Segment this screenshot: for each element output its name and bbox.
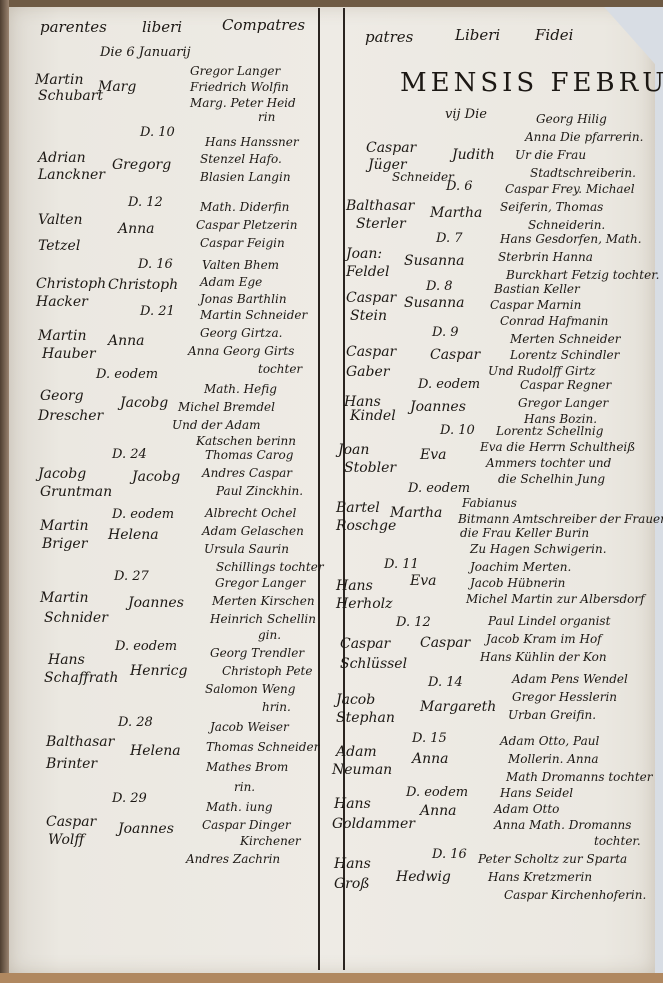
binding-top-edge <box>0 0 663 7</box>
header-parents-right: patres <box>365 30 413 45</box>
month-heading-right: MENSIS FEBRUA <box>400 70 663 96</box>
month-heading-left: Die 6 Januarij <box>100 46 191 59</box>
header-children-right: Liberi <box>455 28 500 43</box>
manuscript-page <box>8 6 655 974</box>
binding-bottom-edge <box>0 973 663 983</box>
header-parents-left: parentes <box>40 20 107 35</box>
header-children-left: liberi <box>142 20 182 35</box>
first-day-right: vij Die <box>445 108 487 121</box>
header-godparents-left: Compatres <box>222 18 305 33</box>
header-godparents-right: Fidei <box>535 28 573 43</box>
column-rule-middle <box>343 8 345 970</box>
binding-left-edge <box>0 0 9 983</box>
column-rule-left <box>318 8 320 970</box>
